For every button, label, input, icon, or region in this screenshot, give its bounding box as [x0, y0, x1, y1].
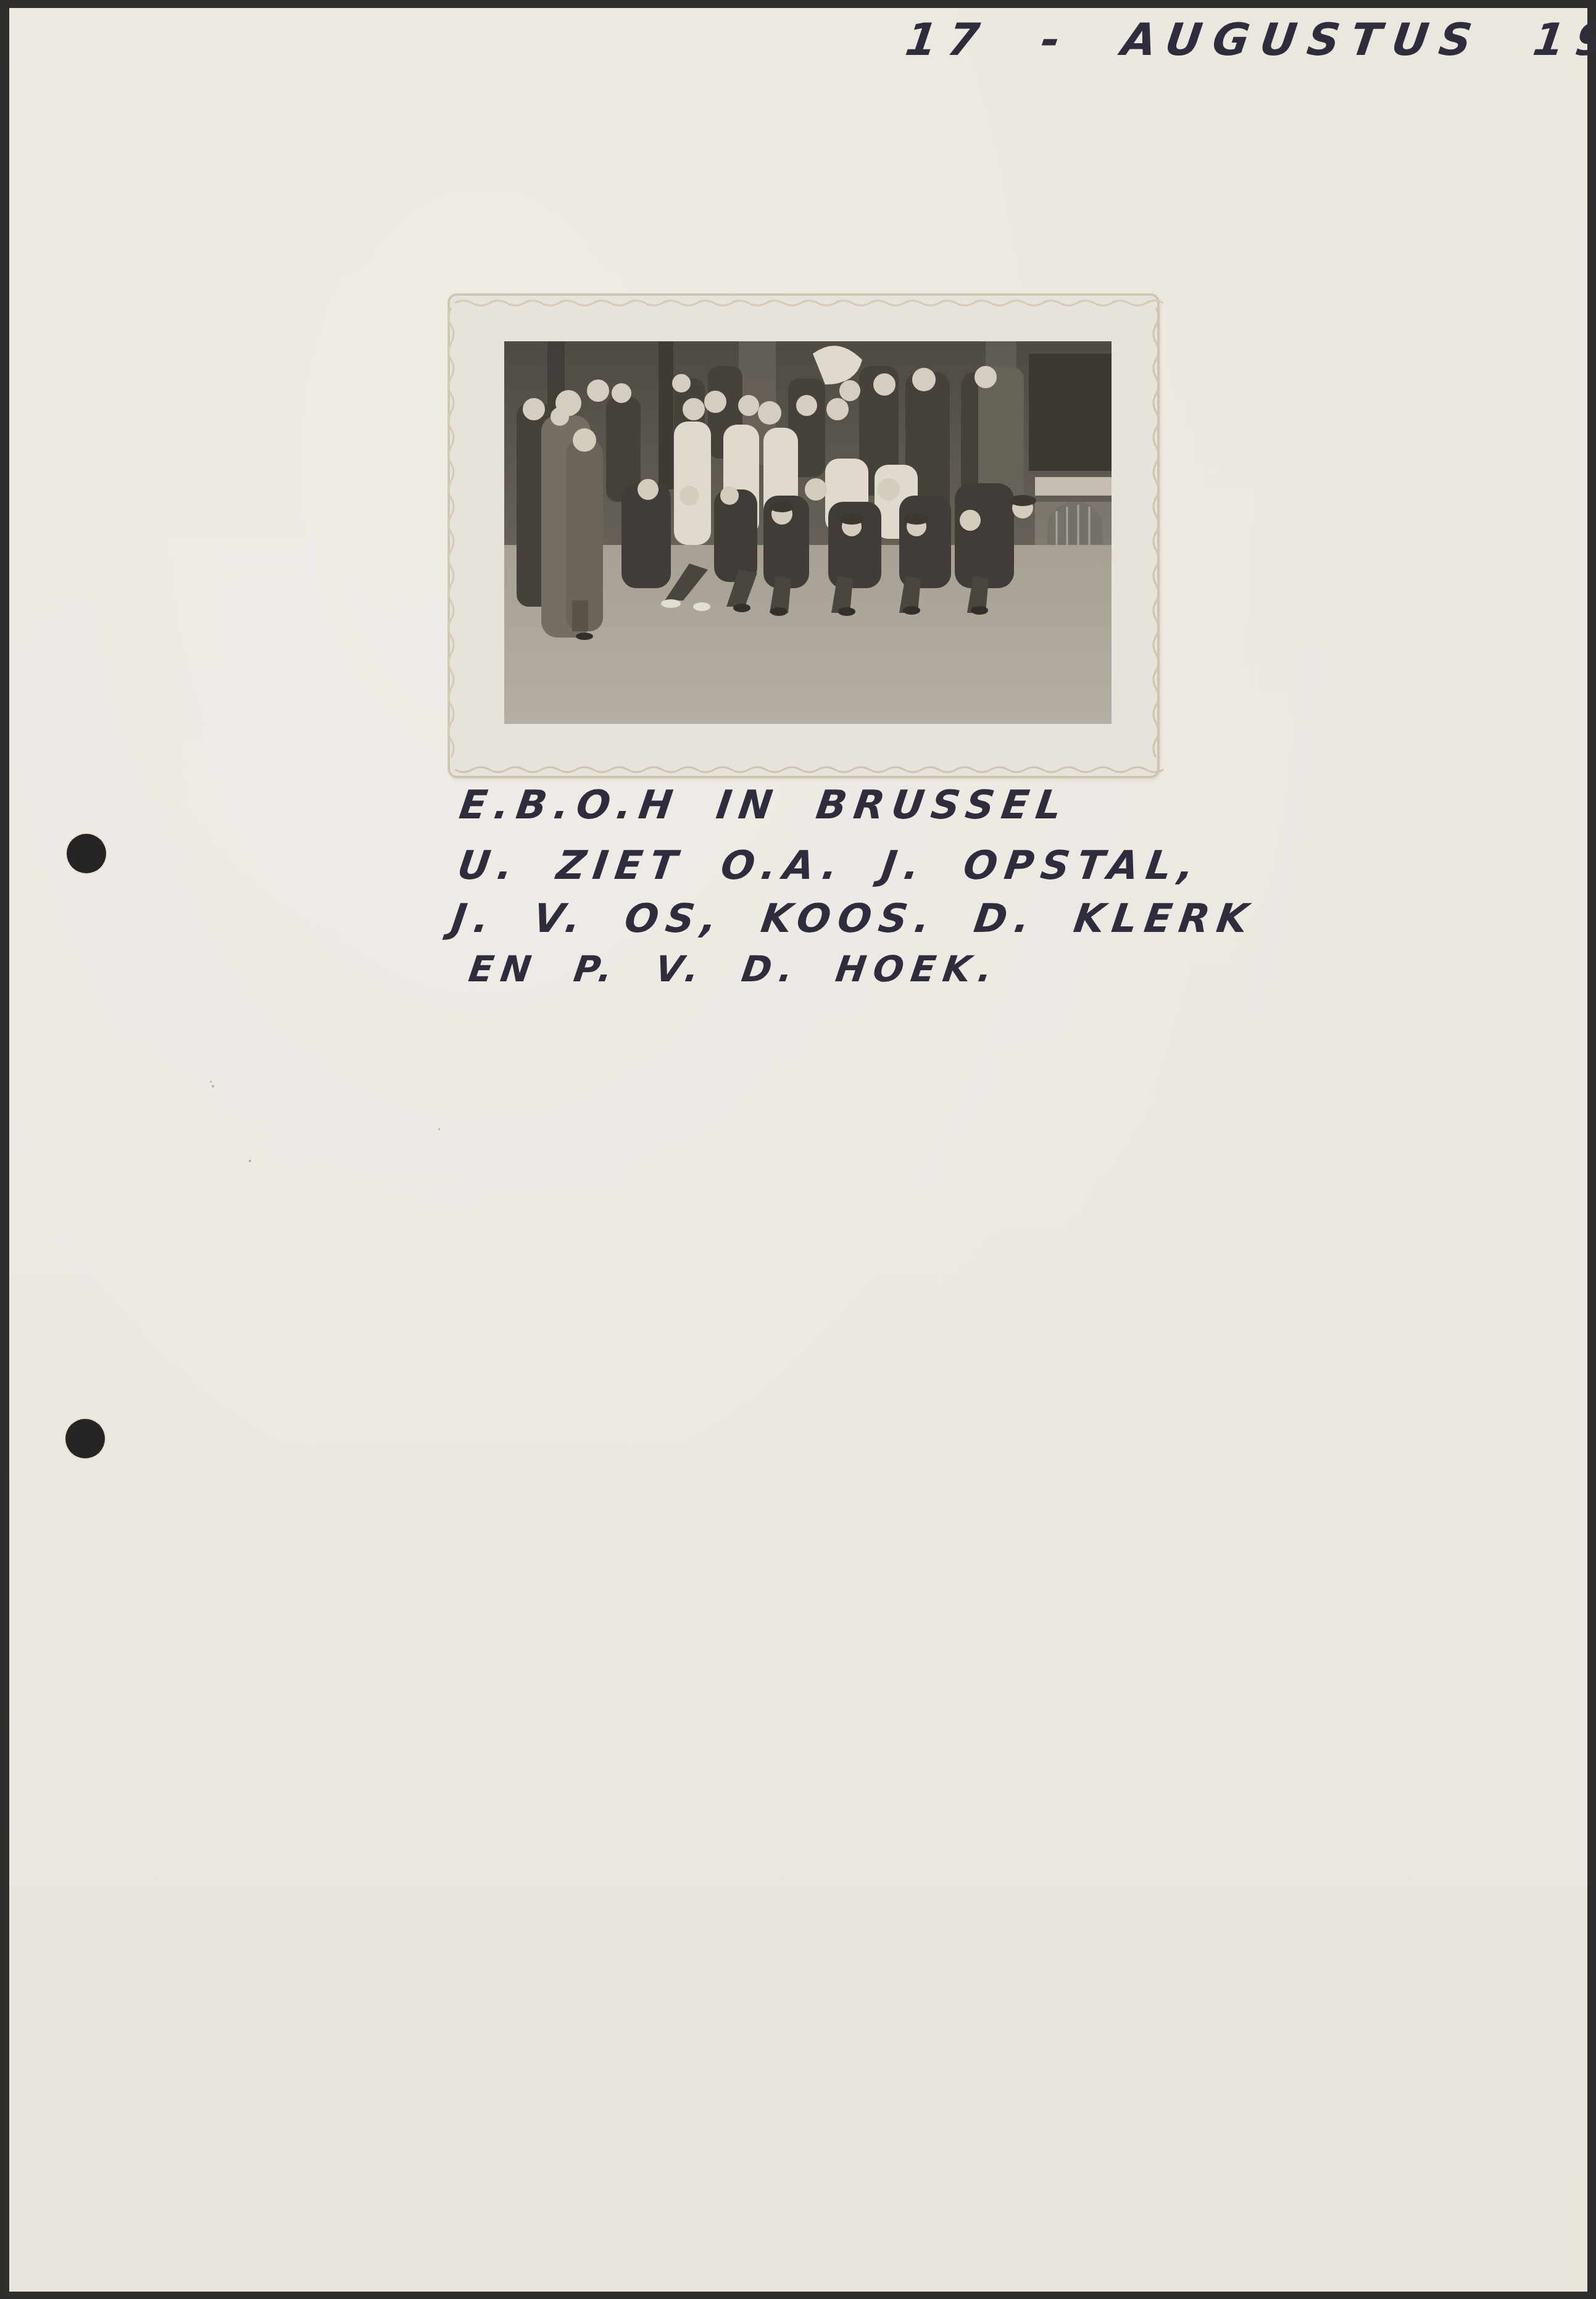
- paper-speck: [438, 1128, 440, 1130]
- caption-line: E.B.O.H in Brussel: [457, 783, 1072, 828]
- photo-image-area: [504, 341, 1112, 724]
- caption-line: J. v. Os, Koos. d. Klerk: [449, 896, 1258, 942]
- binder-punch-hole: [67, 834, 106, 873]
- binder-punch-hole: [65, 1419, 105, 1458]
- date-heading: 17 - Augustus 1932: [902, 14, 1596, 65]
- paper-speck: [212, 1085, 214, 1087]
- caption-line: en P. v. d. Hoek.: [466, 948, 1002, 990]
- caption-line: U. ziet o.a. J. Opstal,: [455, 843, 1205, 889]
- paper-speck: [249, 1160, 251, 1162]
- paper-speck: [210, 1081, 212, 1083]
- group-photograph: [448, 294, 1159, 778]
- group-photo-rendering: [504, 341, 1112, 724]
